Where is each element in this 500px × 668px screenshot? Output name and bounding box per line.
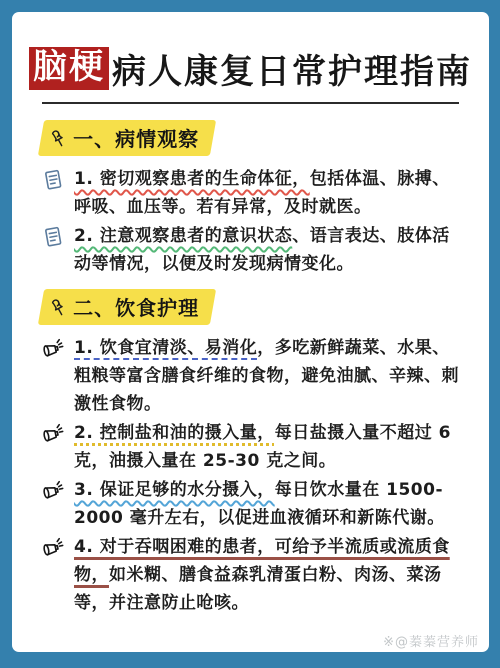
watermark: ※@蓁蓁营养师 [383,631,479,650]
list-item: 2. 控制盐和油的摄入量，每日盐摄入量不超过 6 克，油摄入量在 25-30 克… [28,419,473,476]
section-observation: 一、病情观察 1. 密切观察患者的生命体征，包括体温、脉搏、呼吸、血压等。若有异… [28,120,473,279]
item-lead: 3. 保证足够的水分摄入， [74,480,275,500]
pushpin-icon [49,128,69,148]
pushpin-icon [49,297,69,317]
list-item: 4. 对于吞咽困难的患者，可给予半流质或流质食物，如米糊、膳食益森乳清蛋白粉、肉… [28,533,473,618]
title-highlight-box: 脑梗 [29,47,109,89]
item-text: 1. 密切观察患者的生命体征，包括体温、脉搏、呼吸、血压等。若有异常，及时就医。 [74,165,467,221]
item-text: 2. 控制盐和油的摄入量，每日盐摄入量不超过 6 克，油摄入量在 25-30 克… [74,419,467,475]
title-divider [42,102,459,104]
item-rest: 如米糊、膳食益森乳清蛋白粉、肉汤、菜汤等，并注意防止呛咳。 [74,565,442,613]
memo-icon [41,225,67,253]
item-lead: 2. 控制盐和油的摄入量， [74,423,275,443]
list-item: 1. 密切观察患者的生命体征，包括体温、脉搏、呼吸、血压等。若有异常，及时就医。 [28,165,473,222]
section-highlight: 一、病情观察 [38,120,216,156]
item-lead: 2. 注意观察患者的意识状态 [74,226,292,246]
item-text: 1. 饮食宜清淡、易消化，多吃新鲜蔬菜、水果、粗粮等富含膳食纤维的食物，避免油腻… [74,334,467,418]
section-diet: 二、饮食护理 1. 饮食宜清淡、易消化，多吃新鲜蔬菜 [28,289,473,618]
item-text: 2. 注意观察患者的意识状态、语言表达、肢体活动等情况，以便及时发现病情变化。 [74,222,467,278]
memo-icon [41,168,67,196]
page-title: 脑梗 病人康复日常护理指南 [28,44,473,93]
megaphone-icon [41,479,67,507]
section-diet-header: 二、饮食护理 [41,289,473,325]
item-lead: 1. 密切观察患者的生命体征， [74,169,310,189]
title-text: 病人康复日常护理指南 [112,44,472,93]
item-lead: 1. 饮食宜清淡、易消化 [74,338,257,358]
section-observation-header: 一、病情观察 [41,120,473,156]
megaphone-icon [41,422,67,450]
megaphone-icon [41,536,67,564]
section-heading-label: 一、病情观察 [73,123,199,152]
item-text: 4. 对于吞咽困难的患者，可给予半流质或流质食物，如米糊、膳食益森乳清蛋白粉、肉… [74,533,467,617]
section-highlight: 二、饮食护理 [38,289,216,325]
poster-card: 脑梗 病人康复日常护理指南 一、病情观察 [12,12,489,652]
item-text: 3. 保证足够的水分摄入，每日饮水量在 1500-2000 毫升左右，以促进血液… [74,476,467,532]
megaphone-icon [41,337,67,365]
list-item: 3. 保证足够的水分摄入，每日饮水量在 1500-2000 毫升左右，以促进血液… [28,476,473,533]
list-item: 2. 注意观察患者的意识状态、语言表达、肢体活动等情况，以便及时发现病情变化。 [28,222,473,279]
section-heading-label: 二、饮食护理 [73,292,199,321]
list-item: 1. 饮食宜清淡、易消化，多吃新鲜蔬菜、水果、粗粮等富含膳食纤维的食物，避免油腻… [28,334,473,419]
